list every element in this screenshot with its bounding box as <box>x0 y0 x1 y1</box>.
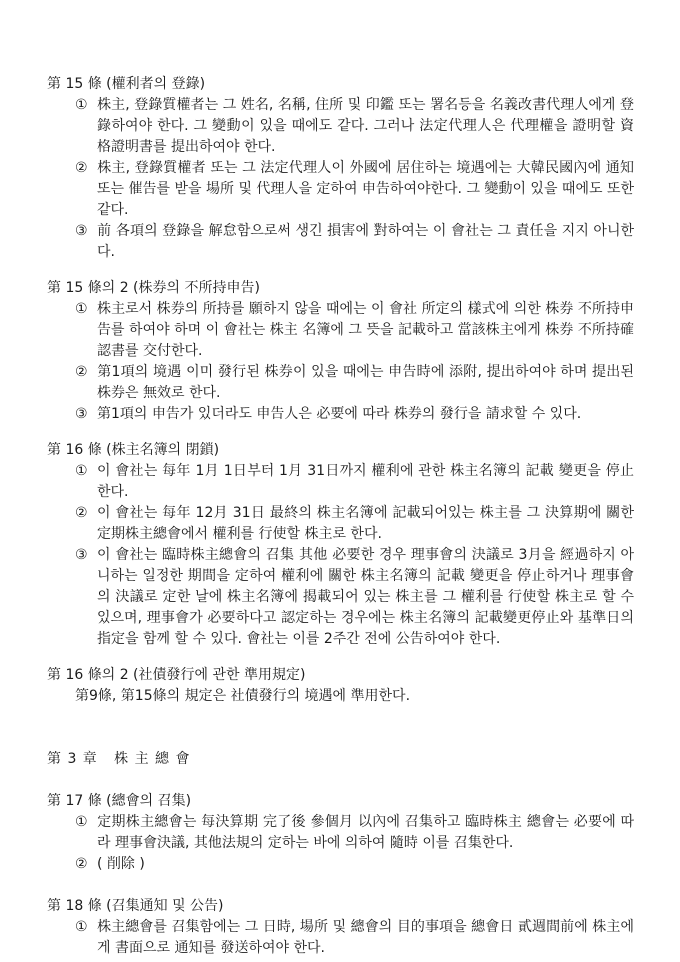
paragraph-number-marker: ③ <box>75 404 97 425</box>
paragraph-number-marker: ③ <box>75 545 97 566</box>
paragraph-number-marker: ① <box>75 299 97 320</box>
article-section: 第 18 條 (召集通知 및 公告)①株主總會를 召集함에는 그 日時, 場所 … <box>47 896 634 959</box>
paragraph-text: 前 各項의 登錄을 解怠함으로써 생긴 損害에 對하여는 이 會社는 그 責任을… <box>97 223 634 260</box>
article-paragraph: ②第1項의 境遇 이미 發行된 株券이 있을 때에는 申告時에 添附, 提出하여… <box>75 362 634 404</box>
paragraph-text: ( 削除 ) <box>97 856 145 872</box>
paragraph-number-marker: ② <box>75 362 97 383</box>
paragraph-number-marker: ② <box>75 503 97 524</box>
article-title: 第 15 條 (權利者의 登錄) <box>47 74 634 95</box>
paragraph-number-marker: ② <box>75 854 97 875</box>
article-paragraph: ①株主로서 株券의 所持를 願하지 않을 때에는 이 會社 所定의 樣式에 의한… <box>75 299 634 362</box>
article-section: 第 15 條 (權利者의 登錄)①株主, 登錄質權者는 그 姓名, 名稱, 住所… <box>47 74 634 263</box>
article-paragraph: ①이 會社는 每年 1月 1日부터 1月 31日까지 權利에 관한 株主名簿의 … <box>75 461 634 503</box>
paragraph-text: 第1項의 申告가 있더라도 申告人은 必要에 따라 株券의 發行을 請求할 수 … <box>97 406 581 422</box>
article-paragraph: ②( 削除 ) <box>75 854 634 875</box>
article-paragraph: ③第1項의 申告가 있더라도 申告人은 必要에 따라 株券의 發行을 請求할 수… <box>75 404 634 425</box>
article-section: 第 16 條의 2 (社債發行에 관한 準用規定)第9條, 第15條의 規定은 … <box>47 665 634 707</box>
paragraph-text: 第1項의 境遇 이미 發行된 株券이 있을 때에는 申告時에 添附, 提出하여야… <box>97 364 634 401</box>
document-page: 第 15 條 (權利者의 登錄)①株主, 登錄質權者는 그 姓名, 名稱, 住所… <box>0 0 680 962</box>
article-paragraph: ②株主, 登錄質權者 또는 그 法定代理人이 外國에 居住하는 境遇에는 大韓民… <box>75 158 634 221</box>
article-title: 第 18 條 (召集通知 및 公告) <box>47 896 634 917</box>
article-section: 第 15 條의 2 (株券의 不所持申告)①株主로서 株券의 所持를 願하지 않… <box>47 278 634 425</box>
article-title: 第 16 條의 2 (社債發行에 관한 準用規定) <box>47 665 634 686</box>
paragraph-number-marker: ① <box>75 917 97 938</box>
article-body-text: 第9條, 第15條의 規定은 社債發行의 境遇에 準用한다. <box>75 686 634 707</box>
article-paragraph: ①定期株主總會는 每決算期 完了後 參個月 以內에 召集하고 臨時株主 總會는 … <box>75 812 634 854</box>
document-content: 第 15 條 (權利者의 登錄)①株主, 登錄質權者는 그 姓名, 名稱, 住所… <box>47 74 634 959</box>
paragraph-number-marker: ① <box>75 461 97 482</box>
paragraph-number-marker: ③ <box>75 221 97 242</box>
article-section: 第 16 條 (株主名簿의 閉鎖)①이 會社는 每年 1月 1日부터 1月 31… <box>47 440 634 650</box>
paragraph-text: 이 會社는 每年 1月 1日부터 1月 31日까지 權利에 관한 株主名簿의 記… <box>97 463 634 500</box>
paragraph-number-marker: ① <box>75 95 97 116</box>
paragraph-number-marker: ② <box>75 158 97 179</box>
article-title: 第 17 條 (總會의 召集) <box>47 791 634 812</box>
article-paragraph: ①株主總會를 召集함에는 그 日時, 場所 및 總會의 目的事項을 總會日 貳週… <box>75 917 634 959</box>
article-title: 第 16 條 (株主名簿의 閉鎖) <box>47 440 634 461</box>
paragraph-text: 이 會社는 每年 12月 31日 最終의 株主名簿에 記載되어있는 株主를 그 … <box>97 505 634 542</box>
paragraph-number-marker: ① <box>75 812 97 833</box>
paragraph-text: 株主總會를 召集함에는 그 日時, 場所 및 總會의 目的事項을 總會日 貳週間… <box>97 919 634 956</box>
article-section: 第 17 條 (總會의 召集)①定期株主總會는 每決算期 完了後 參個月 以內에… <box>47 791 634 875</box>
article-title: 第 15 條의 2 (株券의 不所持申告) <box>47 278 634 299</box>
article-paragraph: ①株主, 登錄質權者는 그 姓名, 名稱, 住所 및 印鑑 또는 署名등을 名義… <box>75 95 634 158</box>
paragraph-text: 株主로서 株券의 所持를 願하지 않을 때에는 이 會社 所定의 樣式에 의한 … <box>97 301 634 359</box>
article-paragraph: ②이 會社는 每年 12月 31日 最終의 株主名簿에 記載되어있는 株主를 그… <box>75 503 634 545</box>
chapter-section: 第 3 章 株 主 總 會 <box>47 749 634 770</box>
chapter-title: 第 3 章 株 主 總 會 <box>47 749 634 770</box>
paragraph-text: 이 會社는 臨時株主總會의 召集 其他 必要한 경우 理事會의 決議로 3月을 … <box>97 547 634 647</box>
paragraph-text: 株主, 登錄質權者 또는 그 法定代理人이 外國에 居住하는 境遇에는 大韓民國… <box>97 160 634 218</box>
paragraph-text: 株主, 登錄質權者는 그 姓名, 名稱, 住所 및 印鑑 또는 署名등을 名義改… <box>97 97 634 155</box>
article-paragraph: ③이 會社는 臨時株主總會의 召集 其他 必要한 경우 理事會의 決議로 3月을… <box>75 545 634 650</box>
paragraph-text: 定期株主總會는 每決算期 完了後 參個月 以內에 召集하고 臨時株主 總會는 必… <box>97 814 634 851</box>
article-paragraph: ③前 各項의 登錄을 解怠함으로써 생긴 損害에 對하여는 이 會社는 그 責任… <box>75 221 634 263</box>
